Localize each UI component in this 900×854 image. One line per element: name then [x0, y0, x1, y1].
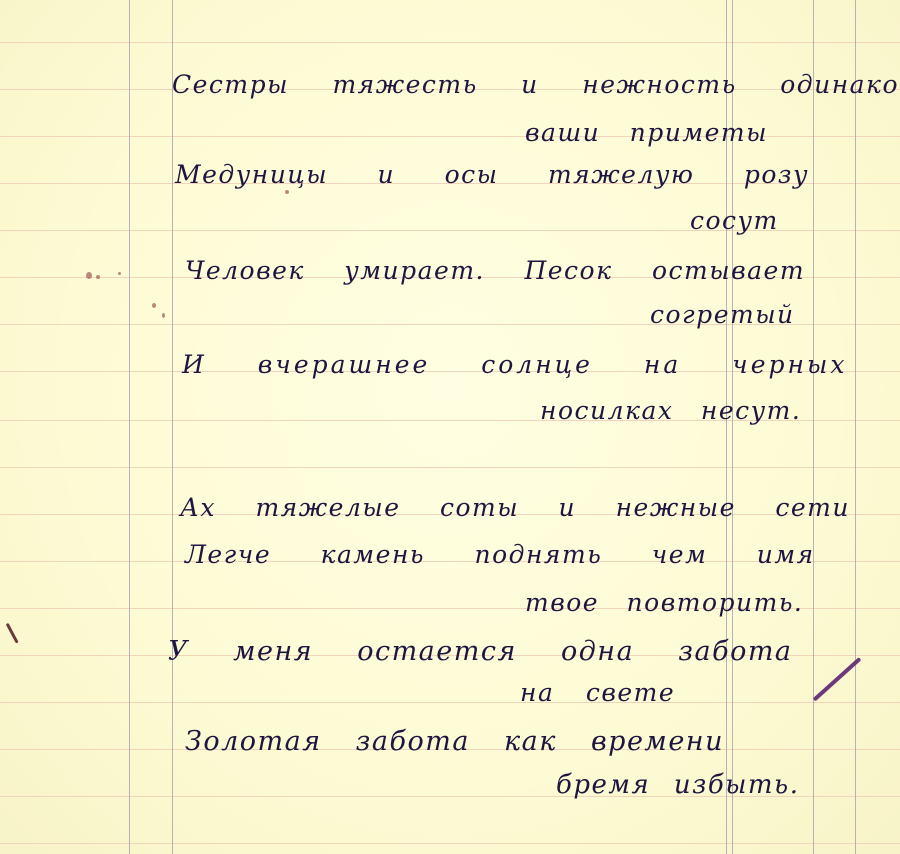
- poem-line: Человек умирает. Песок остывает: [185, 258, 805, 283]
- ruled-line: [0, 843, 900, 844]
- poem-line: Сестры тяжесть и нежность одинаковы: [172, 72, 900, 97]
- ruled-line: [0, 42, 900, 43]
- poem-line: И вчерашнее солнце на черных: [182, 352, 847, 377]
- ink-stain: [152, 303, 156, 308]
- poem-line: твое повторить.: [525, 590, 803, 615]
- poem-line: Медуницы и осы тяжелую розу: [175, 162, 809, 187]
- ruled-line: [0, 467, 900, 468]
- left-margin-line: [129, 0, 130, 854]
- ink-stain: [285, 190, 289, 194]
- ink-stain: [86, 272, 92, 279]
- ink-stain: [162, 313, 165, 318]
- left-margin-line: [172, 0, 173, 854]
- ink-scratch: [6, 623, 19, 644]
- poem-line: ваши приметы: [525, 120, 768, 145]
- poem-line: бремя избыть.: [556, 772, 799, 798]
- manuscript-page: Сестры тяжесть и нежность одинаковы ваши…: [0, 0, 900, 854]
- ink-stain: [96, 275, 100, 279]
- poem-line: Золотая забота как времени: [185, 728, 724, 755]
- ink-stain: [118, 272, 121, 275]
- poem-line: Легче камень поднять чем имя: [185, 542, 815, 567]
- poem-line: У меня остается одна забота: [168, 638, 793, 665]
- poem-line: сосут: [690, 208, 779, 233]
- right-margin-line: [813, 0, 814, 854]
- poem-line: носилках несут.: [540, 398, 801, 423]
- poem-line: согретый: [650, 302, 795, 327]
- ruled-line: [0, 702, 900, 703]
- right-margin-line: [855, 0, 856, 854]
- poem-line: на свете: [520, 680, 675, 705]
- poem-line: Ах тяжелые соты и нежные сети: [180, 495, 850, 520]
